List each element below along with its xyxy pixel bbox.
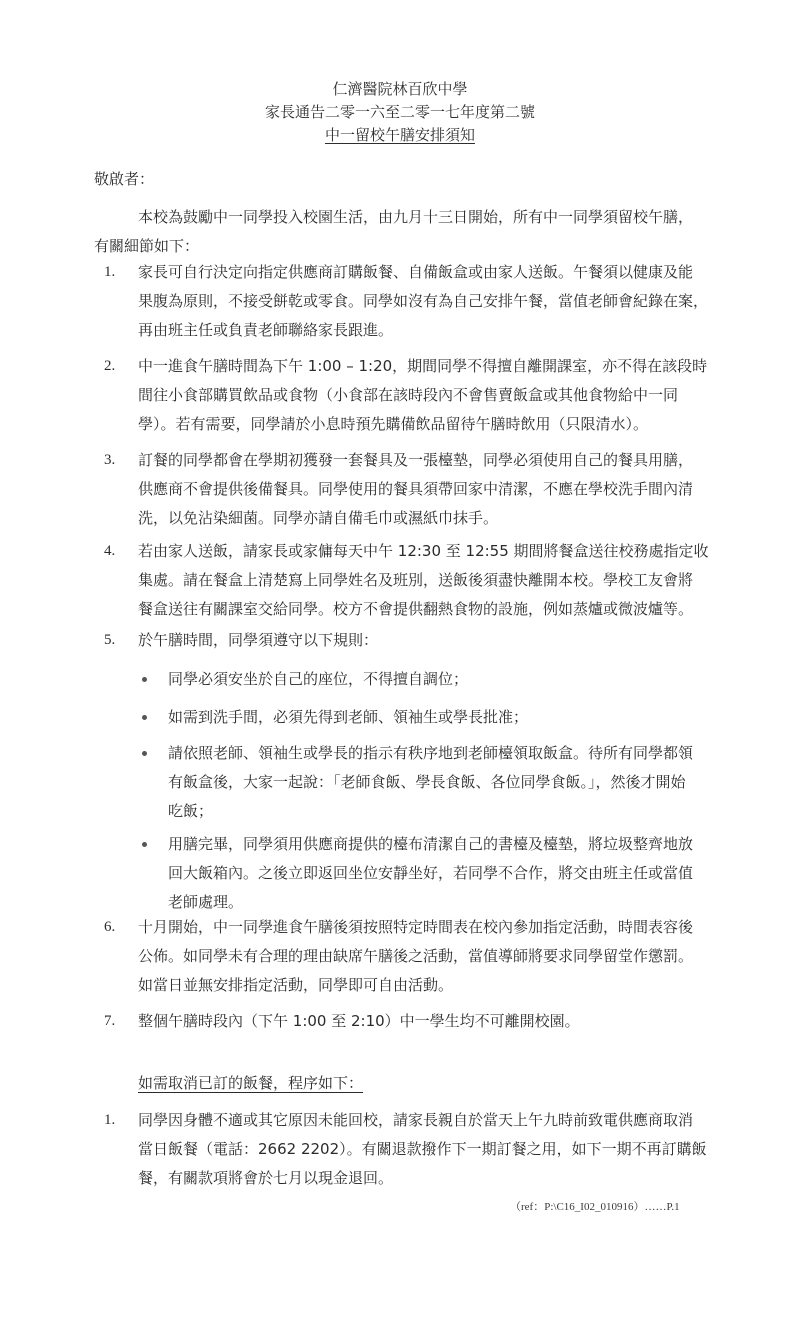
item-line: 十月開始，中一同學進食午膳後須按照特定時間表在校內參加指定活動，時間表容後 (138, 913, 728, 942)
item-line: 學）。若有需要，同學請於小息時預先購備飲品留待午膳時飲用（只限清水）。 (138, 410, 728, 439)
bullet-line: 用膳完畢，同學須用供應商提供的檯布清潔自己的書檯及檯墊，將垃圾整齊地放 (168, 830, 722, 859)
footer-reference: （ref：P:\C16_I02_010916）……P.1 (510, 1199, 680, 1215)
item-number: 2. (104, 352, 138, 381)
item-number: 1. (104, 1106, 138, 1135)
intro-line: 本校為鼓勵中一同學投入校園生活，由九月十三日開始，所有中一同學須留校午膳， (94, 203, 714, 232)
item-number: 3. (104, 446, 138, 475)
bullet-line: 有飯盒後，大家一起說：「老師食飯、學長食飯、各位同學食飯。」，然後才開始 (168, 768, 722, 797)
school-name: 仁濟醫院林百欣中學 (0, 78, 800, 101)
notice-subject-text: 中一留校午膳安排須知 (325, 126, 475, 144)
item-line: 整個午膳時段內（下午 1:00 至 2:10）中一學生均不可離開校園。 (138, 1007, 728, 1036)
list-item-1: 1. 家長可自行決定向指定供應商訂購飯餐、自備飯盒或由家人送飯。午餐須以健康及能… (104, 258, 724, 345)
rule-bullet-2: 如需到洗手間，必須先得到老師、領袖生或學長批准； (142, 703, 722, 732)
list-item-4: 4. 若由家人送飯，請家長或家傭每天中午 12:30 至 12:55 期間將餐盒… (104, 537, 724, 624)
rule-bullet-1: 同學必須安坐於自己的座位，不得擅自調位； (142, 665, 722, 694)
intro-paragraph: 本校為鼓勵中一同學投入校園生活，由九月十三日開始，所有中一同學須留校午膳， 有關… (94, 203, 714, 261)
item-line: 餐盒送往有關課室交給同學。校方不會提供翻熱食物的設施，例如蒸爐或微波爐等。 (138, 595, 728, 624)
item-number: 4. (104, 537, 138, 566)
list-item-2: 2. 中一進食午膳時間為下午 1:00 – 1:20，期間同學不得擅自離開課室，… (104, 352, 724, 439)
notice-subject: 中一留校午膳安排須知 (0, 124, 800, 147)
item-line: 再由班主任或負責老師聯絡家長跟進。 (138, 316, 728, 345)
bullet-dot-icon (142, 751, 147, 756)
bullet-dot-icon (142, 715, 147, 720)
bullet-line: 吃飯； (168, 797, 722, 826)
item-line: 當日飯餐（電話：2662 2202）。有關退款撥作下一期訂餐之用，如下一期不再訂… (138, 1135, 728, 1164)
item-number: 1. (104, 258, 138, 287)
item-line: 如當日並無安排指定活動，同學即可自由活動。 (138, 971, 728, 1000)
item-line: 若由家人送飯，請家長或家傭每天中午 12:30 至 12:55 期間將餐盒送往校… (138, 537, 728, 566)
item-line: 於午膳時間，同學須遵守以下規則： (138, 626, 728, 655)
list-item-5: 5. 於午膳時間，同學須遵守以下規則： (104, 626, 724, 655)
item-line: 訂餐的同學都會在學期初獲發一套餐具及一張檯墊，同學必須使用自己的餐具用膳， (138, 446, 728, 475)
salutation: 敬啟者： (94, 168, 154, 190)
bullet-line: 如需到洗手間，必須先得到老師、領袖生或學長批准； (168, 703, 722, 732)
intro-line: 有關細節如下： (94, 232, 714, 261)
item-line: 果腹為原則，不接受餅乾或零食。同學如沒有為自己安排午餐，當值老師會紀錄在案， (138, 287, 728, 316)
cancellation-heading: 如需取消已訂的飯餐，程序如下： (138, 1072, 363, 1094)
cancellation-item-1: 1. 同學因身體不適或其它原因未能回校，請家長親自於當天上午九時前致電供應商取消… (104, 1106, 724, 1193)
item-line: 間往小食部購買飲品或食物（小食部在該時段內不會售賣飯盒或其他食物給中一同 (138, 381, 728, 410)
bullet-line: 回大飯箱內。之後立即返回坐位安靜坐好，若同學不合作，將交由班主任或當值 (168, 859, 722, 888)
list-item-6: 6. 十月開始，中一同學進食午膳後須按照特定時間表在校內參加指定活動，時間表容後… (104, 913, 724, 1000)
bullet-line: 同學必須安坐於自己的座位，不得擅自調位； (168, 665, 722, 694)
bullet-dot-icon (142, 677, 147, 682)
list-item-3: 3. 訂餐的同學都會在學期初獲發一套餐具及一張檯墊，同學必須使用自己的餐具用膳，… (104, 446, 724, 533)
bullet-dot-icon (142, 842, 147, 847)
notice-page: 仁濟醫院林百欣中學 家長通告二零一六至二零一七年度第二號 中一留校午膳安排須知 … (0, 0, 800, 1319)
item-line: 公佈。如同學未有合理的理由缺席午膳後之活動，當值導師將要求同學留堂作懲罰。 (138, 942, 728, 971)
item-line: 餐，有關款項將會於七月以現金退回。 (138, 1164, 728, 1193)
item-line: 中一進食午膳時間為下午 1:00 – 1:20，期間同學不得擅自離開課室，亦不得… (138, 352, 728, 381)
item-number: 7. (104, 1007, 138, 1036)
bullet-line: 請依照老師、領袖生或學長的指示有秩序地到老師檯領取飯盒。待所有同學都領 (168, 739, 722, 768)
item-line: 家長可自行決定向指定供應商訂購飯餐、自備飯盒或由家人送飯。午餐須以健康及能 (138, 258, 728, 287)
notice-number: 家長通告二零一六至二零一七年度第二號 (0, 101, 800, 124)
item-line: 同學因身體不適或其它原因未能回校，請家長親自於當天上午九時前致電供應商取消 (138, 1106, 728, 1135)
rule-bullet-4: 用膳完畢，同學須用供應商提供的檯布清潔自己的書檯及檯墊，將垃圾整齊地放 回大飯箱… (142, 830, 722, 917)
notice-header: 仁濟醫院林百欣中學 家長通告二零一六至二零一七年度第二號 中一留校午膳安排須知 (0, 78, 800, 147)
item-line: 集處。請在餐盒上清楚寫上同學姓名及班別，送飯後須盡快離開本校。學校工友會將 (138, 566, 728, 595)
item-line: 洗，以免沾染細菌。同學亦請自備毛巾或濕紙巾抹手。 (138, 504, 728, 533)
rule-bullet-3: 請依照老師、領袖生或學長的指示有秩序地到老師檯領取飯盒。待所有同學都領 有飯盒後… (142, 739, 722, 826)
item-number: 5. (104, 626, 138, 655)
list-item-7: 7. 整個午膳時段內（下午 1:00 至 2:10）中一學生均不可離開校園。 (104, 1007, 724, 1036)
item-line: 供應商不會提供後備餐具。同學使用的餐具須帶回家中清潔，不應在學校洗手間內清 (138, 475, 728, 504)
item-number: 6. (104, 913, 138, 942)
